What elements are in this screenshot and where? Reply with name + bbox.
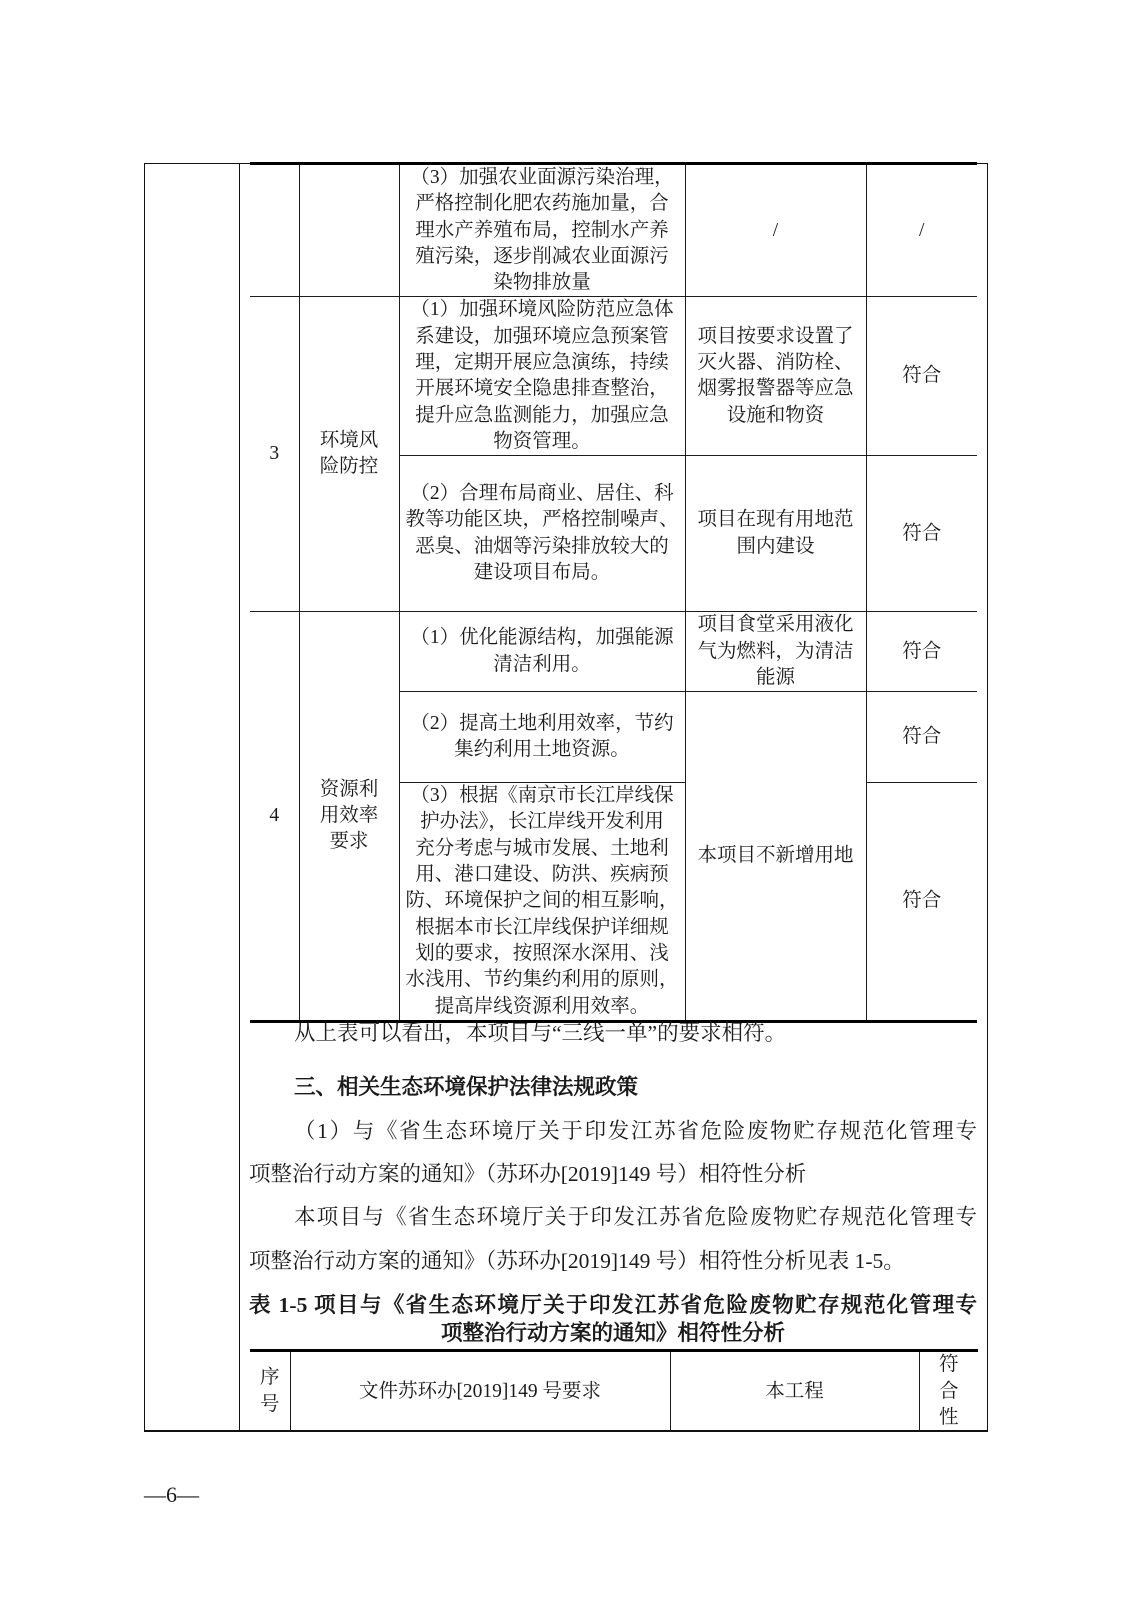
paragraph-1-line-2: 项整治行动方案的通知》（苏环办[2019]149 号）相符性分析 [249, 1159, 977, 1189]
paragraph-1-line-1: （1）与《省生态环境厅关于印发江苏省危险废物贮存规范化管理专 [294, 1116, 977, 1146]
paragraph-2-line-2: 项整治行动方案的通知》（苏环办[2019]149 号）相符性分析见表 1-5。 [249, 1246, 977, 1276]
header-requirement: 文件苏环办[2019]149 号要求 [290, 1351, 670, 1432]
project-cell: 项目食堂采用液化 气为燃料，为清洁 能源 [685, 612, 866, 692]
requirement-cell: （2）合理布局商业、居住、科 教等功能区块，严格控制噪声、 恶臭、油烟等污染排放… [399, 456, 685, 612]
table-title-line-1: 表 1-5 项目与《省生态环境厅关于印发江苏省危险废物贮存规范化管理专 [249, 1290, 977, 1320]
header-serial: 序 号 [250, 1351, 290, 1432]
compliance-table: （3）加强农业面源污染治理， 严格控制化肥农药施加量，合 理水产养殖布局，控制水… [250, 162, 977, 1023]
conformity-cell: / [866, 164, 977, 297]
document-page: （3）加强农业面源污染治理， 严格控制化肥农药施加量，合 理水产养殖布局，控制水… [0, 0, 1131, 1600]
serial-cell: 3 [250, 297, 299, 612]
conformity-cell: 符合 [866, 612, 977, 692]
table-title-line-2: 项整治行动方案的通知》相符性分析 [249, 1318, 977, 1348]
category-cell [299, 164, 399, 297]
summary-text: 从上表可以看出，本项目与“三线一单”的要求相符。 [294, 1018, 977, 1048]
conformity-cell: 符合 [866, 456, 977, 612]
category-cell: 环境风 险防控 [299, 297, 399, 612]
frame-divider [239, 163, 240, 1432]
table-row: （3）加强农业面源污染治理， 严格控制化肥农药施加量，合 理水产养殖布局，控制水… [250, 164, 977, 297]
header-project: 本工程 [670, 1351, 919, 1432]
requirement-cell: （1）优化能源结构，加强能源 清洁利用。 [399, 612, 685, 692]
paragraph-2-line-1: 本项目与《省生态环境厅关于印发江苏省危险废物贮存规范化管理专 [294, 1202, 977, 1232]
conformity-cell: 符合 [866, 692, 977, 783]
table-row: 4 资源利 用效率 要求 （1）优化能源结构，加强能源 清洁利用。 项目食堂采用… [250, 612, 977, 692]
conformity-cell: 符合 [866, 783, 977, 1022]
requirement-cell: （2）提高土地利用效率，节约 集约利用土地资源。 [399, 692, 685, 783]
table-1-5: 序 号 文件苏环办[2019]149 号要求 本工程 符 合 性 [250, 1349, 978, 1432]
project-cell: / [685, 164, 866, 297]
conformity-cell: 符合 [866, 297, 977, 456]
category-cell: 资源利 用效率 要求 [299, 612, 399, 1022]
requirement-cell: （1）加强环境风险防范应急体 系建设，加强环境应急预案管 理，定期开展应急演练，… [399, 297, 685, 456]
project-cell: 项目按要求设置了 灭火器、消防栓、 烟雾报警器等应急 设施和物资 [685, 297, 866, 456]
requirement-cell: （3）根据《南京市长江岸线保 护办法》，长江岸线开发利用 充分考虑与城市发展、土… [399, 783, 685, 1022]
page-number: —6— [144, 1480, 199, 1510]
section-heading: 三、相关生态环境保护法律法规政策 [294, 1072, 977, 1102]
serial-cell: 4 [250, 612, 299, 1022]
project-cell-merged: 本项目不新增用地 [685, 692, 866, 1022]
table-header-row: 序 号 文件苏环办[2019]149 号要求 本工程 符 合 性 [250, 1351, 978, 1432]
header-conformity: 符 合 性 [919, 1351, 978, 1432]
requirement-cell: （3）加强农业面源污染治理， 严格控制化肥农药施加量，合 理水产养殖布局，控制水… [399, 164, 685, 297]
serial-cell [250, 164, 299, 297]
table-row: 3 环境风 险防控 （1）加强环境风险防范应急体 系建设，加强环境应急预案管 理… [250, 297, 977, 456]
project-cell: 项目在现有用地范 围内建设 [685, 456, 866, 612]
